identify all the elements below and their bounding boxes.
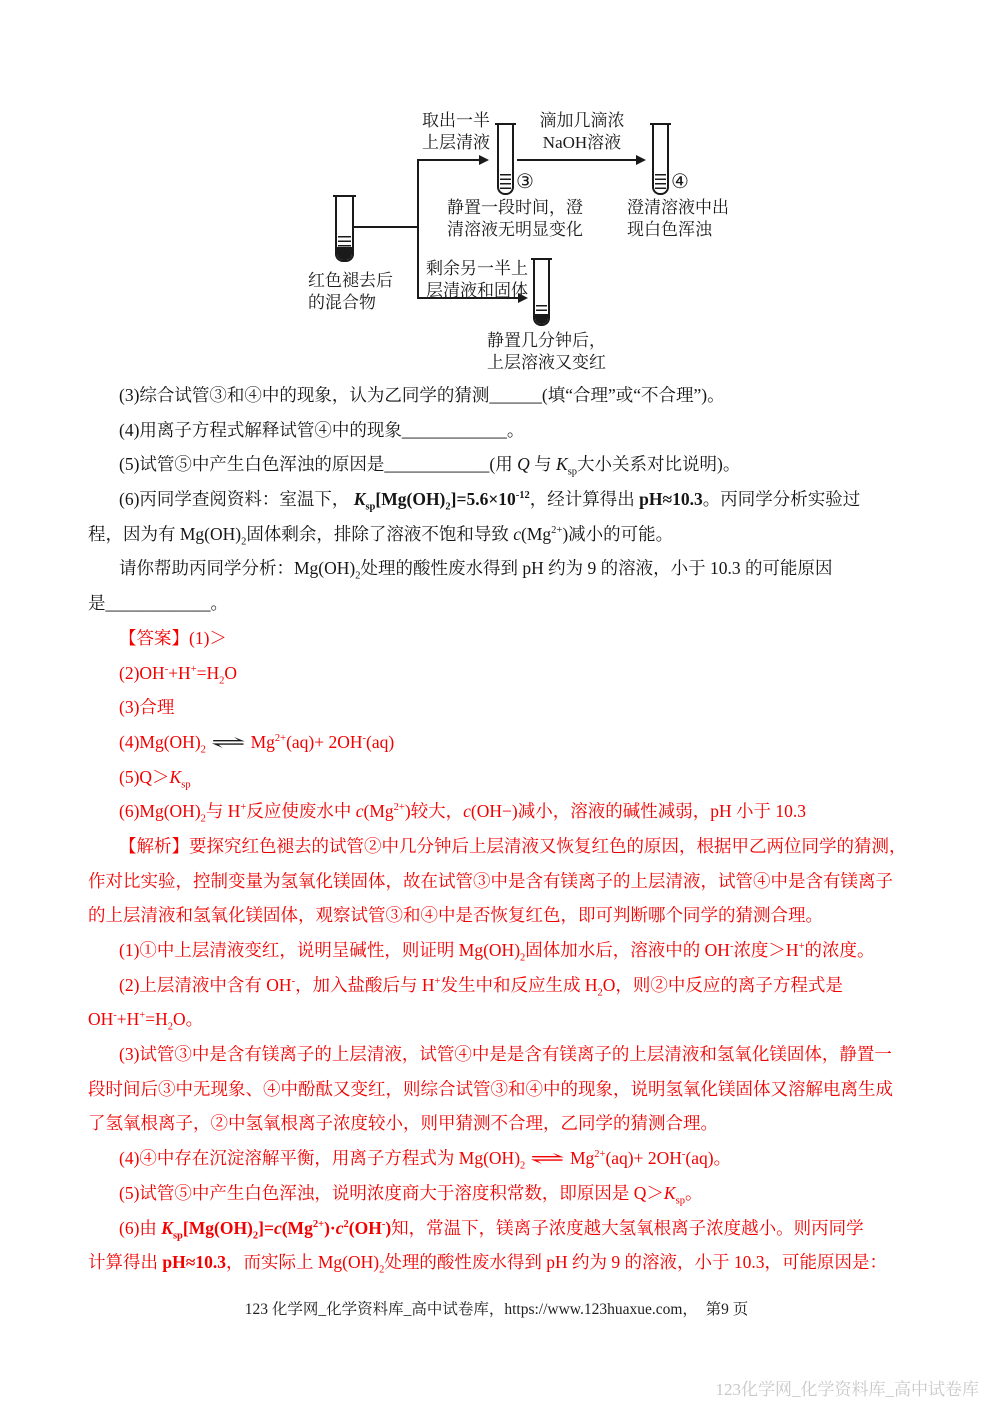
label-mixture: 红色褪去后 的混合物 xyxy=(308,270,393,314)
text-line: (4)Mg(OH)2⇌Mg2+(aq)+ 2OH-(aq) xyxy=(88,725,918,760)
text-line: 程，因为有 Mg(OH)2固体剩余，排除了溶液不饱和导致 c(Mg2+)减小的可… xyxy=(88,517,918,552)
text-line: OH-+H+=H2O。 xyxy=(88,1002,918,1037)
text-line: 段时间后③中无现象、④中酚酞又变红，则综合试管③和④中的现象，说明氢氧化镁固体又… xyxy=(88,1072,918,1107)
test-tube-mixture xyxy=(335,195,354,262)
text-line: (2)OH-+H+=H2O xyxy=(88,656,918,691)
arrow-to-tube3 xyxy=(417,159,480,161)
label-line: 剩余另一半上 xyxy=(426,258,528,280)
text-line: (4)用离子方程式解释试管④中的现象____________。 xyxy=(88,413,918,448)
label-remaining-half: 剩余另一半上 层清液和固体 xyxy=(426,258,528,302)
text-line: (6)由 Ksp[Mg(OH)2]=c(Mg2+)·c2(OH-)知，常温下，镁… xyxy=(88,1211,918,1246)
text-line: 【答案】(1)＞ xyxy=(88,621,918,656)
text-line: (4)④中存在沉淀溶解平衡，用离子方程式为 Mg(OH)2⇌Mg2+(aq)+ … xyxy=(88,1141,918,1176)
text-line: 是____________。 xyxy=(88,586,918,621)
label-line: 现白色浑浊 xyxy=(627,219,729,241)
label-line: 静置一段时间，澄 xyxy=(447,197,583,219)
exam-page: ③ ④ 取出一半 上层清液 滴加几滴浓 NaOH溶液 静置一段时间，澄 清溶液无… xyxy=(0,0,993,1404)
label-line: 上层清液 xyxy=(422,132,490,154)
text-line: (5)试管⑤中产生白色浑浊，说明浓度商大于溶度积常数，即原因是 Q＞Ksp。 xyxy=(88,1176,918,1211)
label-tube5-result: 静置几分钟后， 上层溶液又变红 xyxy=(487,330,606,374)
text-line: (2)上层清液中含有 OH-，加入盐酸后与 H+发生中和反应生成 H2O，则②中… xyxy=(88,968,918,1003)
label-line: 红色褪去后 xyxy=(308,270,393,292)
label-line: 层清液和固体 xyxy=(426,280,528,302)
text-line: 【解析】要探究红色褪去的试管②中几分钟后上层清液又恢复红色的原因，根据甲乙两位同… xyxy=(88,829,918,864)
label-line: 的混合物 xyxy=(308,292,393,314)
text-line: 的上层清液和氢氧化镁固体，观察试管③和④中是否恢复红色，即可判断哪个同学的猜测合… xyxy=(88,898,918,933)
connector-line xyxy=(354,226,418,228)
text-line: (6)丙同学查阅资料：室温下， Ksp[Mg(OH)2]=5.6×10-12，经… xyxy=(88,482,918,517)
label-line: 滴加几滴浓 xyxy=(537,110,627,132)
tube4-number: ④ xyxy=(671,172,689,192)
text-line: (3)合理 xyxy=(88,690,918,725)
label-line: 静置几分钟后， xyxy=(487,330,606,352)
test-tube-4 xyxy=(652,123,669,195)
label-tube4-result: 澄清溶液中出 现白色浑浊 xyxy=(627,197,729,241)
branch-line xyxy=(417,159,419,299)
tube-sediment-solid xyxy=(337,247,352,260)
label-line: 取出一半 xyxy=(422,110,490,132)
label-line: 上层溶液又变红 xyxy=(487,352,606,374)
text-line: (5)试管⑤中产生白色浑浊的原因是____________(用 Q 与 Ksp大… xyxy=(88,447,918,482)
tube-sediment-hatch xyxy=(655,174,666,191)
watermark: 123化学网_化学资料库_高中试卷库 xyxy=(716,1375,980,1400)
label-line: 清溶液无明显变化 xyxy=(447,219,583,241)
test-tube-3 xyxy=(497,123,514,195)
tube-sediment-hatch xyxy=(338,236,351,247)
text-line: (1)①中上层清液变红，说明呈碱性，则证明 Mg(OH)2固体加水后，溶液中的 … xyxy=(88,933,918,968)
text-line: 请你帮助丙同学分析：Mg(OH)2处理的酸性废水得到 pH 约为 9 的溶液，小… xyxy=(88,551,918,586)
text-line: (5)Q＞Ksp xyxy=(88,760,918,795)
text-line: (3)综合试管③和④中的现象，认为乙同学的猜测______(填“合理”或“不合理… xyxy=(88,378,918,413)
label-tube3-result: 静置一段时间，澄 清溶液无明显变化 xyxy=(447,197,583,241)
text-line: (6)Mg(OH)2与 H+反应使废水中 c(Mg2+)较大，c(OH−)减小，… xyxy=(88,794,918,829)
arrow-to-tube4 xyxy=(517,159,637,161)
test-tube-5 xyxy=(533,258,550,326)
label-line: 澄清溶液中出 xyxy=(627,197,729,219)
text-line: 计算得出 pH≈10.3，而实际上 Mg(OH)2处理的酸性废水得到 pH 约为… xyxy=(88,1245,918,1280)
label-take-half: 取出一半 上层清液 xyxy=(422,110,490,154)
tube-sediment-solid xyxy=(535,314,548,324)
label-line: NaOH溶液 xyxy=(537,132,627,154)
experiment-diagram: ③ ④ 取出一半 上层清液 滴加几滴浓 NaOH溶液 静置一段时间，澄 清溶液无… xyxy=(0,0,993,380)
page-footer: 123 化学网_化学资料库_高中试卷库，https://www.123huaxu… xyxy=(0,1297,993,1319)
label-add-naoh: 滴加几滴浓 NaOH溶液 xyxy=(537,110,627,154)
text-line: 作对比实验，控制变量为氢氧化镁固体，故在试管③中是含有镁离子的上层清液，试管④中… xyxy=(88,864,918,899)
text-line: (3)试管③中是含有镁离子的上层清液，试管④中是是含有镁离子的上层清液和氢氧化镁… xyxy=(88,1037,918,1072)
tube3-number: ③ xyxy=(516,172,534,192)
text-lines: (3)综合试管③和④中的现象，认为乙同学的猜测______(填“合理”或“不合理… xyxy=(88,378,918,1280)
tube-sediment-hatch xyxy=(500,174,511,191)
text-line: 了氢氧根离子，②中氢氧根离子浓度较小，则甲猜测不合理，乙同学的猜测合理。 xyxy=(88,1106,918,1141)
